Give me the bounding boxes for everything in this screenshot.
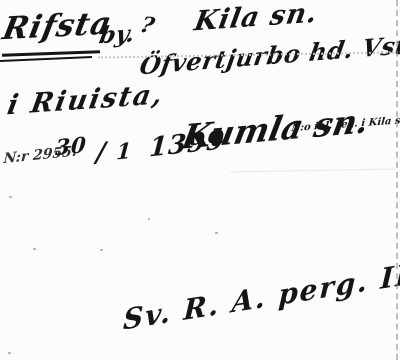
archive-index-card: Rifsta by. ? Kila sn. Öfvertjurbo hd. Vs… bbox=[0, 0, 400, 360]
source-spelling: i Riuista, bbox=[5, 81, 166, 119]
date-day: 30 bbox=[54, 133, 87, 162]
settlement-type: by. bbox=[97, 22, 136, 47]
ruled-line-middle bbox=[230, 169, 395, 173]
date-month: 1 bbox=[116, 139, 134, 166]
date-separator: / bbox=[95, 137, 108, 168]
paper-speck bbox=[215, 232, 218, 234]
parish-name: Kila sn. bbox=[192, 0, 320, 35]
uncertainty-mark: ? bbox=[138, 14, 157, 37]
paper-speck bbox=[148, 218, 150, 220]
card-right-edge bbox=[396, 0, 398, 360]
source-reference: Sv. R. A. perg. II. bbox=[123, 259, 400, 335]
paper-speck bbox=[9, 196, 12, 198]
headword-underline-2 bbox=[0, 56, 92, 62]
headword: Rifsta bbox=[0, 8, 115, 45]
paper-speck bbox=[100, 249, 103, 251]
paper-speck bbox=[33, 248, 36, 250]
paper-speck bbox=[8, 352, 11, 354]
